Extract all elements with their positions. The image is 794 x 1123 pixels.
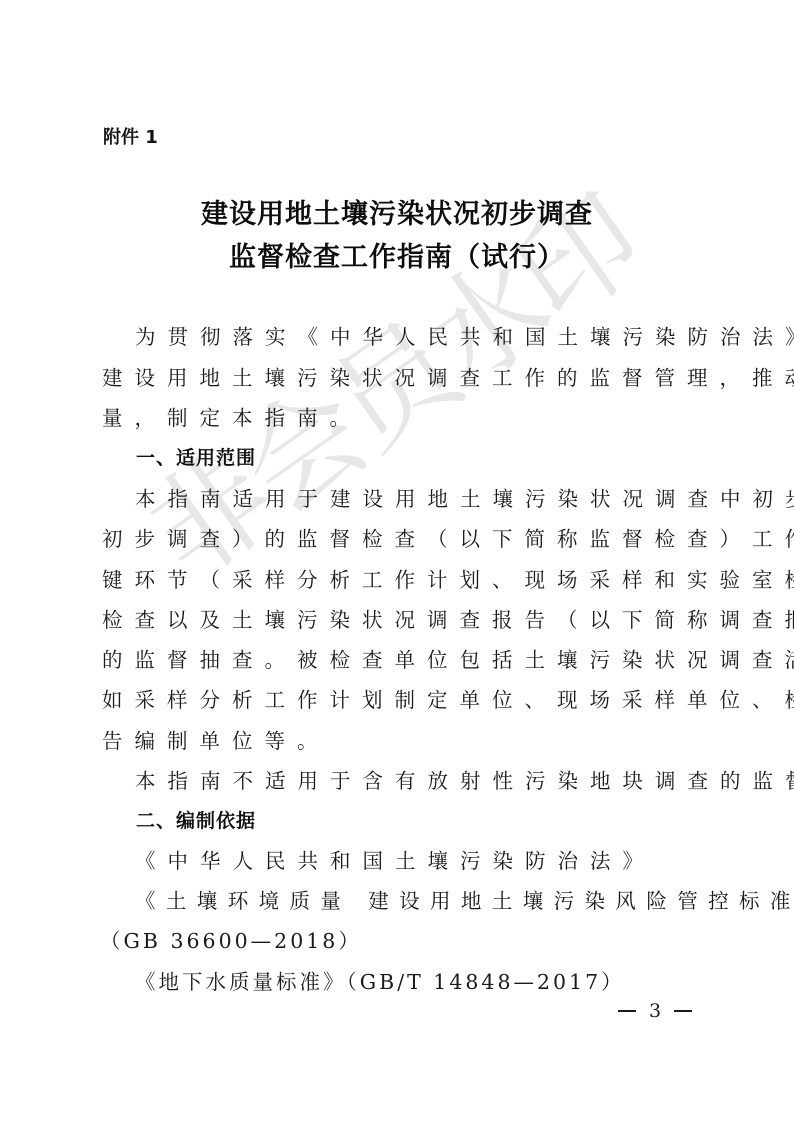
scope-line: 键环节（采样分析工作计划、现场采样和实验室检测分析）的监督 bbox=[102, 567, 794, 593]
dash-left bbox=[618, 1010, 636, 1012]
reference-item: 《地下水质量标准》（GB/T 14848—2017） bbox=[135, 969, 625, 995]
document-title-line-2: 监督检查工作指南（试行） bbox=[0, 241, 794, 275]
page-number: 3 bbox=[618, 998, 692, 1024]
attachment-label: 附件 1 bbox=[103, 126, 158, 150]
scope-line: 的监督抽查。被检查单位包括土壤污染状况调查活动的参与单位， bbox=[102, 647, 794, 673]
section-heading-scope: 一、适用范围 bbox=[136, 445, 256, 471]
scope-line: 检查以及土壤污染状况调查报告（以下简称调查报告）通过评审后 bbox=[102, 607, 794, 633]
reference-item: 《中华人民共和国土壤污染防治法》 bbox=[135, 848, 655, 874]
page-number-value: 3 bbox=[649, 998, 661, 1024]
reference-code: （GB 36600—2018） bbox=[100, 928, 362, 954]
scope-exclusion: 本指南不适用于含有放射性污染地块调查的监督检查。 bbox=[135, 768, 794, 794]
intro-line: 建设用地土壤污染状况调查工作的监督管理，推动提高调查工作质 bbox=[102, 365, 794, 391]
scope-line: 告编制单位等。 bbox=[102, 728, 330, 754]
scope-line: 如采样分析工作计划制定单位、现场采样单位、检验检测机构、报 bbox=[102, 687, 794, 713]
dash-right bbox=[674, 1010, 692, 1012]
document-page: 非会员水印 附件 1 建设用地土壤污染状况初步调查 监督检查工作指南（试行） 为… bbox=[0, 0, 794, 1123]
intro-line: 为贯彻落实《中华人民共和国土壤污染防治法》，进一步加强 bbox=[135, 324, 794, 350]
document-title-line-1: 建设用地土壤污染状况初步调查 bbox=[0, 198, 794, 232]
scope-line: 本指南适用于建设用地土壤污染状况调查中初步采样分析（即 bbox=[135, 486, 794, 512]
reference-item: 《土壤环境质量 建设用地土壤污染风险管控标准（试行）》 bbox=[135, 888, 794, 914]
section-heading-basis: 二、编制依据 bbox=[136, 808, 256, 834]
intro-line: 量，制定本指南。 bbox=[102, 405, 362, 431]
scope-line: 初步调查）的监督检查（以下简称监督检查）工作，包括对调查关 bbox=[102, 526, 794, 552]
